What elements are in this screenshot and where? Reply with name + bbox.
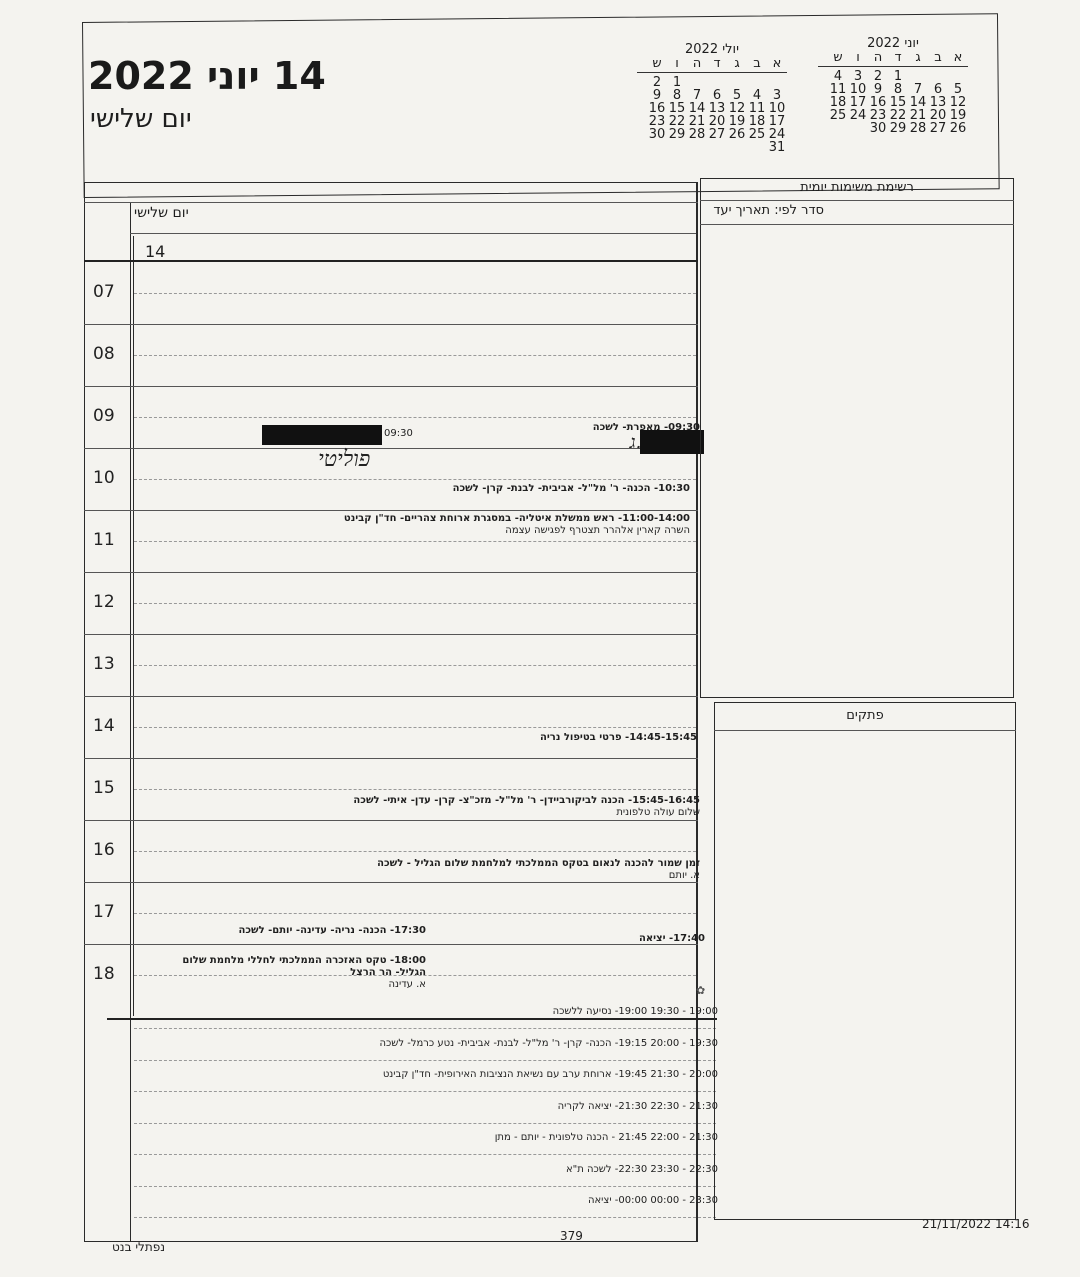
hour-line bbox=[84, 758, 698, 759]
event-1545[interactable]: 15:45-16:45- הכנה לביקורביידן- ר' מל"ל- … bbox=[353, 795, 700, 819]
half-hour-line bbox=[134, 727, 696, 728]
hour-gutter-divider bbox=[130, 202, 131, 1242]
divider bbox=[700, 200, 1014, 201]
calendar-day[interactable]: 28 bbox=[908, 122, 928, 135]
calendar-day[interactable]: 26 bbox=[948, 122, 968, 135]
hour-label-11: 11 bbox=[93, 530, 115, 550]
page-title: 14 יוני 2022 bbox=[88, 54, 326, 98]
event-1445[interactable]: 14:45-15:45- פרטי בטיפול נריה bbox=[540, 732, 697, 744]
hour-label-17: 17 bbox=[93, 902, 115, 922]
mini-calendar-july: יולי 2022 אבגדהוש 1234567891011121314151… bbox=[637, 42, 787, 154]
half-hour-line bbox=[134, 417, 696, 418]
mini-calendar-title: יוני 2022 bbox=[818, 36, 968, 51]
calendar-empty-cell bbox=[687, 141, 707, 154]
calendar-empty-cell bbox=[647, 141, 667, 154]
hour-line bbox=[84, 324, 698, 325]
weekday-header: ש bbox=[647, 57, 667, 70]
weekday-header: ו bbox=[848, 51, 868, 64]
printed-timestamp: 21/11/2022 14:16 bbox=[922, 1217, 1030, 1231]
weekday-header: ב bbox=[747, 57, 767, 70]
day-column-weekday: יום שלישי bbox=[134, 205, 189, 221]
tasks-panel bbox=[700, 178, 1014, 698]
event-title: 11:00-14:00- ראש ממשלת איטליה- במסגרת אר… bbox=[344, 513, 690, 524]
half-hour-line bbox=[134, 541, 696, 542]
event-1100[interactable]: 11:00-14:00- ראש ממשלת איטליה- במסגרת אר… bbox=[344, 513, 690, 537]
owner-name: נפתלי בנט bbox=[112, 1240, 165, 1254]
hour-line bbox=[84, 572, 698, 573]
event-title: 17:30- הכנה- נריה- עדינה- יותם- לשכה bbox=[238, 925, 426, 936]
half-hour-line bbox=[134, 913, 696, 914]
hour-line bbox=[84, 448, 698, 449]
event-time[interactable]: 09:30 bbox=[384, 428, 413, 440]
weekday-subtitle: יום שלישי bbox=[90, 104, 192, 134]
event-title: 17:40- יציאה bbox=[639, 933, 705, 944]
weekday-header: א bbox=[948, 51, 968, 64]
hour-line bbox=[84, 696, 698, 697]
calendar-weekday-headers: אבגדהוש bbox=[818, 51, 968, 67]
half-hour-line bbox=[134, 851, 696, 852]
weekday-header: ש bbox=[828, 51, 848, 64]
half-hour-line bbox=[134, 479, 696, 480]
hour-label-15: 15 bbox=[93, 778, 115, 798]
event-title: 14:45-15:45- פרטי בטיפול נריה bbox=[540, 732, 697, 743]
hour-label-10: 10 bbox=[93, 468, 115, 488]
hour-line bbox=[84, 944, 698, 945]
divider bbox=[84, 260, 698, 262]
hour-line bbox=[84, 820, 698, 821]
calendar-empty-cell bbox=[828, 122, 848, 135]
evening-event-row[interactable]: 21:30 - 22:30 21:30- יציאה לקריה bbox=[558, 1101, 718, 1113]
mini-calendar-title: יולי 2022 bbox=[637, 42, 787, 57]
hour-line bbox=[84, 882, 698, 883]
weekday-header: ב bbox=[928, 51, 948, 64]
calendar-day[interactable]: 25 bbox=[747, 128, 767, 141]
evening-event-row[interactable]: 19:30 - 20:00 19:15- הכנה- קרן- ר' מל"ל-… bbox=[379, 1038, 718, 1050]
row-divider bbox=[134, 1028, 716, 1029]
hour-line bbox=[84, 510, 698, 511]
divider bbox=[714, 730, 1016, 731]
day-column-left-edge bbox=[133, 236, 134, 1016]
hour-label-09: 09 bbox=[93, 406, 115, 426]
handwritten-note: פוליטי bbox=[318, 446, 370, 472]
day-column-date: 14 bbox=[145, 242, 165, 261]
event-title-line2: הגליל- הר הרצל bbox=[350, 967, 426, 978]
hour-label-12: 12 bbox=[93, 592, 115, 612]
half-hour-line bbox=[134, 665, 696, 666]
evening-event-row[interactable]: 21:30 - 22:00 21:45 - הכנה טלפונית - יות… bbox=[495, 1132, 718, 1144]
event-title: 15:45-16:45- הכנה לביקורביידן- ר' מל"ל- … bbox=[353, 795, 700, 806]
evening-event-row[interactable]: 23:30 - 00:00 00:00- יציאה bbox=[588, 1195, 718, 1207]
calendar-days: 1234567891011121314151617181920212223242… bbox=[637, 76, 787, 154]
calendar-day[interactable]: 27 bbox=[707, 128, 727, 141]
hour-label-18: 18 bbox=[93, 964, 115, 984]
calendar-day[interactable]: 27 bbox=[928, 122, 948, 135]
sort-by-dropdown[interactable]: סדר לפי: תאריך יעד bbox=[700, 203, 832, 218]
hour-label-16: 16 bbox=[93, 840, 115, 860]
redaction-bar bbox=[262, 425, 382, 445]
half-hour-line bbox=[134, 355, 696, 356]
event-1800[interactable]: 18:00- טקס האזכרה הממלכתי לחללי מלחמת של… bbox=[182, 955, 426, 991]
day-schedule bbox=[84, 182, 698, 1242]
row-divider bbox=[134, 1154, 716, 1155]
calendar-empty-cell bbox=[848, 122, 868, 135]
calendar-empty-cell bbox=[707, 141, 727, 154]
calendar-day[interactable]: 30 bbox=[647, 128, 667, 141]
hour-line bbox=[84, 386, 698, 387]
weekday-header: ו bbox=[667, 57, 687, 70]
calendar-empty-cell bbox=[747, 141, 767, 154]
weekday-header: ד bbox=[707, 57, 727, 70]
half-hour-line bbox=[134, 789, 696, 790]
calendar-day[interactable]: 30 bbox=[868, 122, 888, 135]
weekday-header: ד bbox=[888, 51, 908, 64]
row-divider bbox=[134, 1091, 716, 1092]
page-number: 379 bbox=[560, 1229, 583, 1243]
hour-label-07: 07 bbox=[93, 282, 115, 302]
event-note: א. יותם bbox=[669, 870, 700, 881]
flower-icon: ✿ bbox=[696, 984, 705, 997]
tasks-panel-title: רשימת משימות יומית bbox=[700, 180, 1014, 195]
hour-line bbox=[84, 634, 698, 635]
calendar-day[interactable]: 31 bbox=[767, 141, 787, 154]
event-title: 18:00- טקס האזכרה הממלכתי לחללי מלחמת של… bbox=[182, 955, 426, 966]
divider bbox=[700, 224, 1014, 225]
weekday-header: ג bbox=[727, 57, 747, 70]
evening-event-row[interactable]: 19:00 - 19:30 19:00- נסיעה ללשכה bbox=[553, 1006, 718, 1018]
calendar-days: 1234567891011121314151617181920212223242… bbox=[818, 70, 968, 135]
divider bbox=[107, 1018, 717, 1020]
row-divider bbox=[134, 1060, 716, 1061]
hour-label-08: 08 bbox=[93, 344, 115, 364]
calendar-weekday-headers: אבגדהוש bbox=[637, 57, 787, 73]
calendar-day[interactable]: 29 bbox=[888, 122, 908, 135]
weekday-header: א bbox=[767, 57, 787, 70]
half-hour-line bbox=[134, 293, 696, 294]
mini-calendar-june: יוני 2022 אבגדהוש 1234567891011121314151… bbox=[818, 36, 968, 135]
calendar-day[interactable]: 25 bbox=[828, 109, 848, 122]
calendar-day[interactable]: 28 bbox=[687, 128, 707, 141]
hour-label-13: 13 bbox=[93, 654, 115, 674]
row-divider bbox=[134, 1186, 716, 1187]
event-note: א. עדינה bbox=[388, 979, 426, 990]
calendar-empty-cell bbox=[727, 141, 747, 154]
redaction-bar bbox=[640, 430, 704, 454]
calendar-day[interactable]: 26 bbox=[727, 128, 747, 141]
weekday-header: ג bbox=[908, 51, 928, 64]
notes-panel-title: פתקים bbox=[714, 708, 1016, 723]
weekday-header: ה bbox=[687, 57, 707, 70]
weekday-header: ה bbox=[868, 51, 888, 64]
event-title: זמן שמור להכנה לנאום בטקס הממלכתי למלחמת… bbox=[377, 858, 700, 869]
calendar-day[interactable]: 29 bbox=[667, 128, 687, 141]
event-note: השרה קארין אלהרר תצטרף לפגישה עצמה bbox=[505, 525, 690, 536]
event-note: שלום עולה טלפונית bbox=[616, 807, 700, 818]
row-divider bbox=[134, 1123, 716, 1124]
divider bbox=[84, 202, 698, 203]
event-1730[interactable]: 17:30- הכנה- נריה- עדינה- יותם- לשכה bbox=[238, 925, 426, 937]
evening-event-row[interactable]: 20:00 - 21:30 19:45- ארוחת ערב עם נשיאת … bbox=[383, 1069, 718, 1081]
calendar-empty-cell bbox=[667, 141, 687, 154]
notes-panel bbox=[714, 702, 1016, 1220]
event-1030[interactable]: 10:30- הכנה- ר' מל"ל- אביבית- לבנת- קרן-… bbox=[453, 483, 690, 495]
half-hour-line bbox=[134, 603, 696, 604]
event-1740[interactable]: 17:40- יציאה bbox=[639, 933, 705, 945]
row-divider bbox=[134, 1217, 716, 1218]
evening-event-row[interactable]: 22:30 - 23:30 22:30- לשכה ת"א bbox=[566, 1164, 718, 1176]
event-title: 10:30- הכנה- ר' מל"ל- אביבית- לבנת- קרן-… bbox=[453, 483, 690, 494]
hour-label-14: 14 bbox=[93, 716, 115, 736]
divider bbox=[130, 233, 696, 234]
calendar-day[interactable]: 24 bbox=[848, 109, 868, 122]
day-column-right-edge bbox=[696, 182, 697, 1242]
event-speech-prep[interactable]: זמן שמור להכנה לנאום בטקס הממלכתי למלחמת… bbox=[377, 858, 700, 882]
